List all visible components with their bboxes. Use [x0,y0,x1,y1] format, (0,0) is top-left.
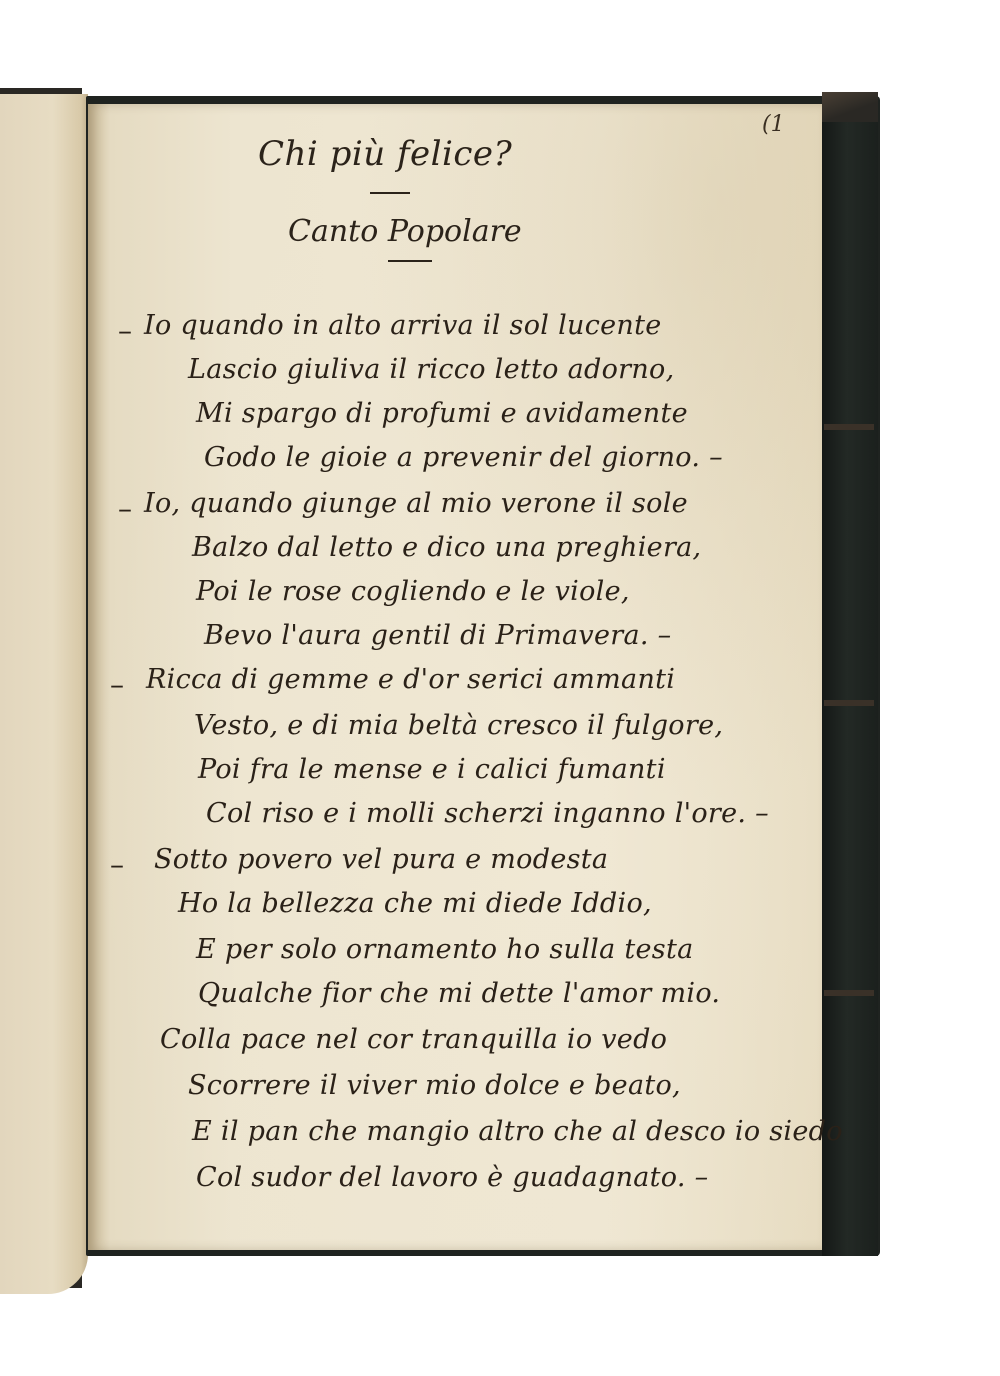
manuscript-page: (1 Chi più felice? Canto Popolare – Io q… [88,104,822,1250]
poem-line: Godo le gioie a prevenir del giorno. – [204,442,723,473]
poem-line: Col riso e i molli scherzi inganno l'ore… [206,798,769,829]
binding-corner [822,92,878,122]
binding-band [824,700,874,706]
poem-line: Poi fra le mense e i calici fumanti [198,754,666,785]
poem-line: Ricca di gemme e d'or serici ammanti [146,664,675,695]
poem-line: Poi le rose cogliendo e le viole, [196,576,630,607]
stanza-dash: – [118,314,132,347]
poem-line: Io quando in alto arriva il sol lucente [144,310,662,341]
poem-line: Sotto povero vel pura e modesta [154,844,608,875]
facing-page-left [0,94,88,1294]
poem-line: Io, quando giunge al mio verone il sole [144,488,688,519]
poem-line: Scorrere il viver mio dolce e beato, [188,1070,681,1101]
poem-line: Lascio giuliva il ricco letto adorno, [188,354,675,385]
poem-line: Vesto, e di mia beltà cresco il fulgore, [194,710,723,741]
binding-spine [822,96,878,1256]
poem-body: – Io quando in alto arriva il sol lucent… [88,104,822,1250]
stanza-dash: – [118,492,132,525]
stanza-dash: – [110,668,124,701]
stanza-dash: – [110,848,124,881]
poem-line: Colla pace nel cor tranquilla io vedo [160,1024,667,1055]
poem-line: Col sudor del lavoro è guadagnato. – [196,1162,708,1193]
poem-line: Qualche fior che mi dette l'amor mio. [198,978,720,1009]
binding-band [824,990,874,996]
binding-band [824,424,874,430]
poem-line: Bevo l'aura gentil di Primavera. – [204,620,671,651]
poem-line: Mi spargo di profumi e avidamente [196,398,688,429]
poem-line: E il pan che mangio altro che al desco i… [192,1116,843,1147]
poem-line: Ho la bellezza che mi diede Iddio, [178,888,652,919]
poem-line: Balzo dal letto e dico una preghiera, [192,532,701,563]
poem-line: E per solo ornamento ho sulla testa [196,934,694,965]
